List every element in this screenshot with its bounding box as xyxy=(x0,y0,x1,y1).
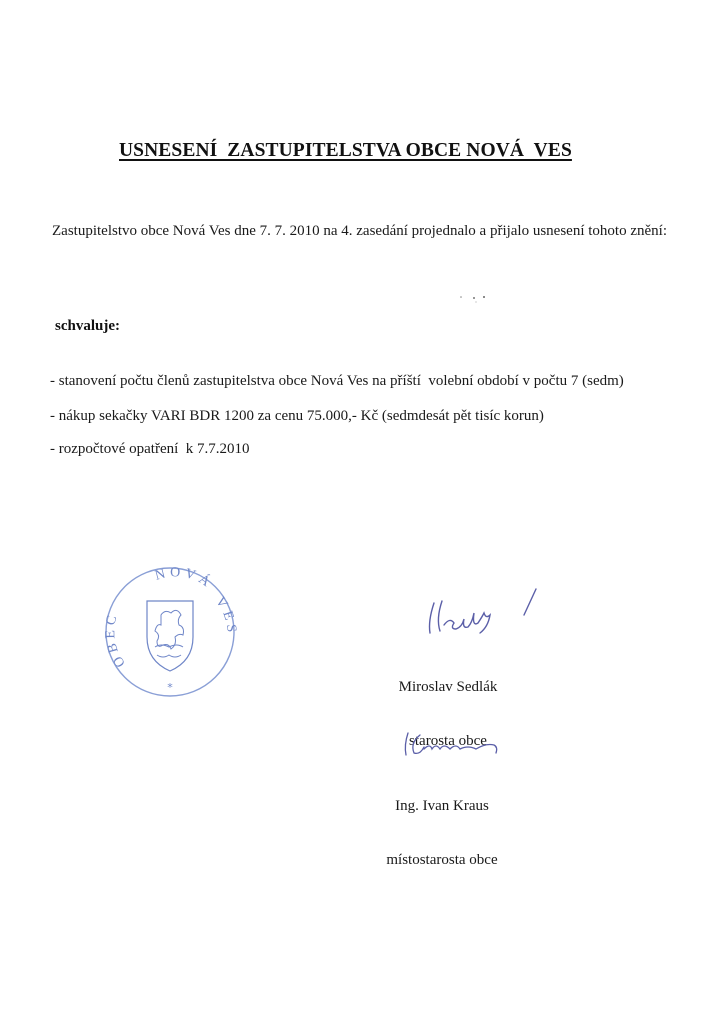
section-label-approves: schvaluje: xyxy=(55,318,120,335)
signer-name: Miroslav Sedlák xyxy=(397,678,499,696)
signer-name: Ing. Ivan Kraus xyxy=(384,797,500,815)
stamp-asterisk: * xyxy=(167,681,173,694)
resolution-item: - nákup sekačky VARI BDR 1200 za cenu 75… xyxy=(50,408,544,425)
official-stamp: OBEC NOVÁ VES * xyxy=(103,565,237,699)
signature-mayor xyxy=(420,585,560,645)
signature-deputy-mayor xyxy=(400,725,530,765)
signer-role: místostarosta obce xyxy=(384,851,500,869)
document-title: USNESENÍ ZASTUPITELSTVA OBCE NOVÁ VES xyxy=(119,140,581,162)
scan-specks xyxy=(458,292,498,304)
signer-deputy-mayor: Ing. Ivan Kraus místostarosta obce xyxy=(384,761,500,887)
svg-text:VES: VES xyxy=(212,595,237,637)
resolution-item: - rozpočtové opatření k 7.7.2010 xyxy=(50,441,250,458)
intro-paragraph: Zastupitelstvo obce Nová Ves dne 7. 7. 2… xyxy=(52,222,672,241)
resolution-item: - stanovení počtu členů zastupitelstva o… xyxy=(50,373,624,390)
coat-of-arms-lion-icon xyxy=(147,601,193,671)
stamp-ring-text: OBEC NOVÁ VES xyxy=(103,565,237,669)
